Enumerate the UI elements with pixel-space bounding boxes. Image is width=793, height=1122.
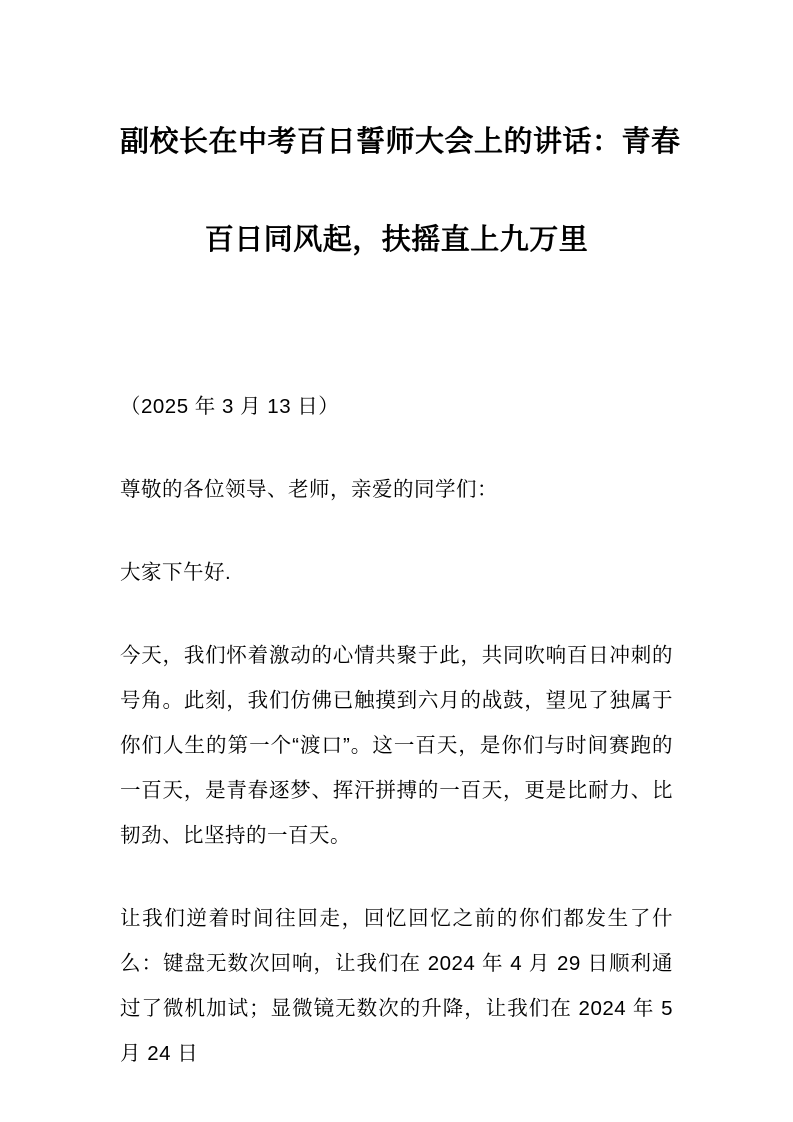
- paragraph: 今天，我们怀着激动的心情共聚于此，共同吹响百日冲刺的号角。此刻，我们仿佛已触摸到…: [120, 633, 673, 858]
- document-page: 副校长在中考百日誓师大会上的讲话：青春 百日同风起，扶摇直上九万里 （2025 …: [0, 0, 793, 1122]
- salutation-line: 尊敬的各位领导、老师，亲爱的同学们：: [120, 467, 673, 512]
- document-title-line-1: 副校长在中考百日誓师大会上的讲话：青春: [120, 93, 673, 191]
- date-line: （2025 年 3 月 13 日）: [120, 384, 673, 429]
- document-body: （2025 年 3 月 13 日） 尊敬的各位领导、老师，亲爱的同学们： 大家下…: [120, 384, 673, 1076]
- paragraph: 让我们逆着时间往回走，回忆回忆之前的你们都发生了什么：键盘无数次回响，让我们在 …: [120, 896, 673, 1076]
- document-title-line-2: 百日同风起，扶摇直上九万里: [120, 191, 673, 289]
- document-title: 副校长在中考百日誓师大会上的讲话：青春 百日同风起，扶摇直上九万里: [120, 93, 673, 289]
- greeting-line: 大家下午好.: [120, 550, 673, 595]
